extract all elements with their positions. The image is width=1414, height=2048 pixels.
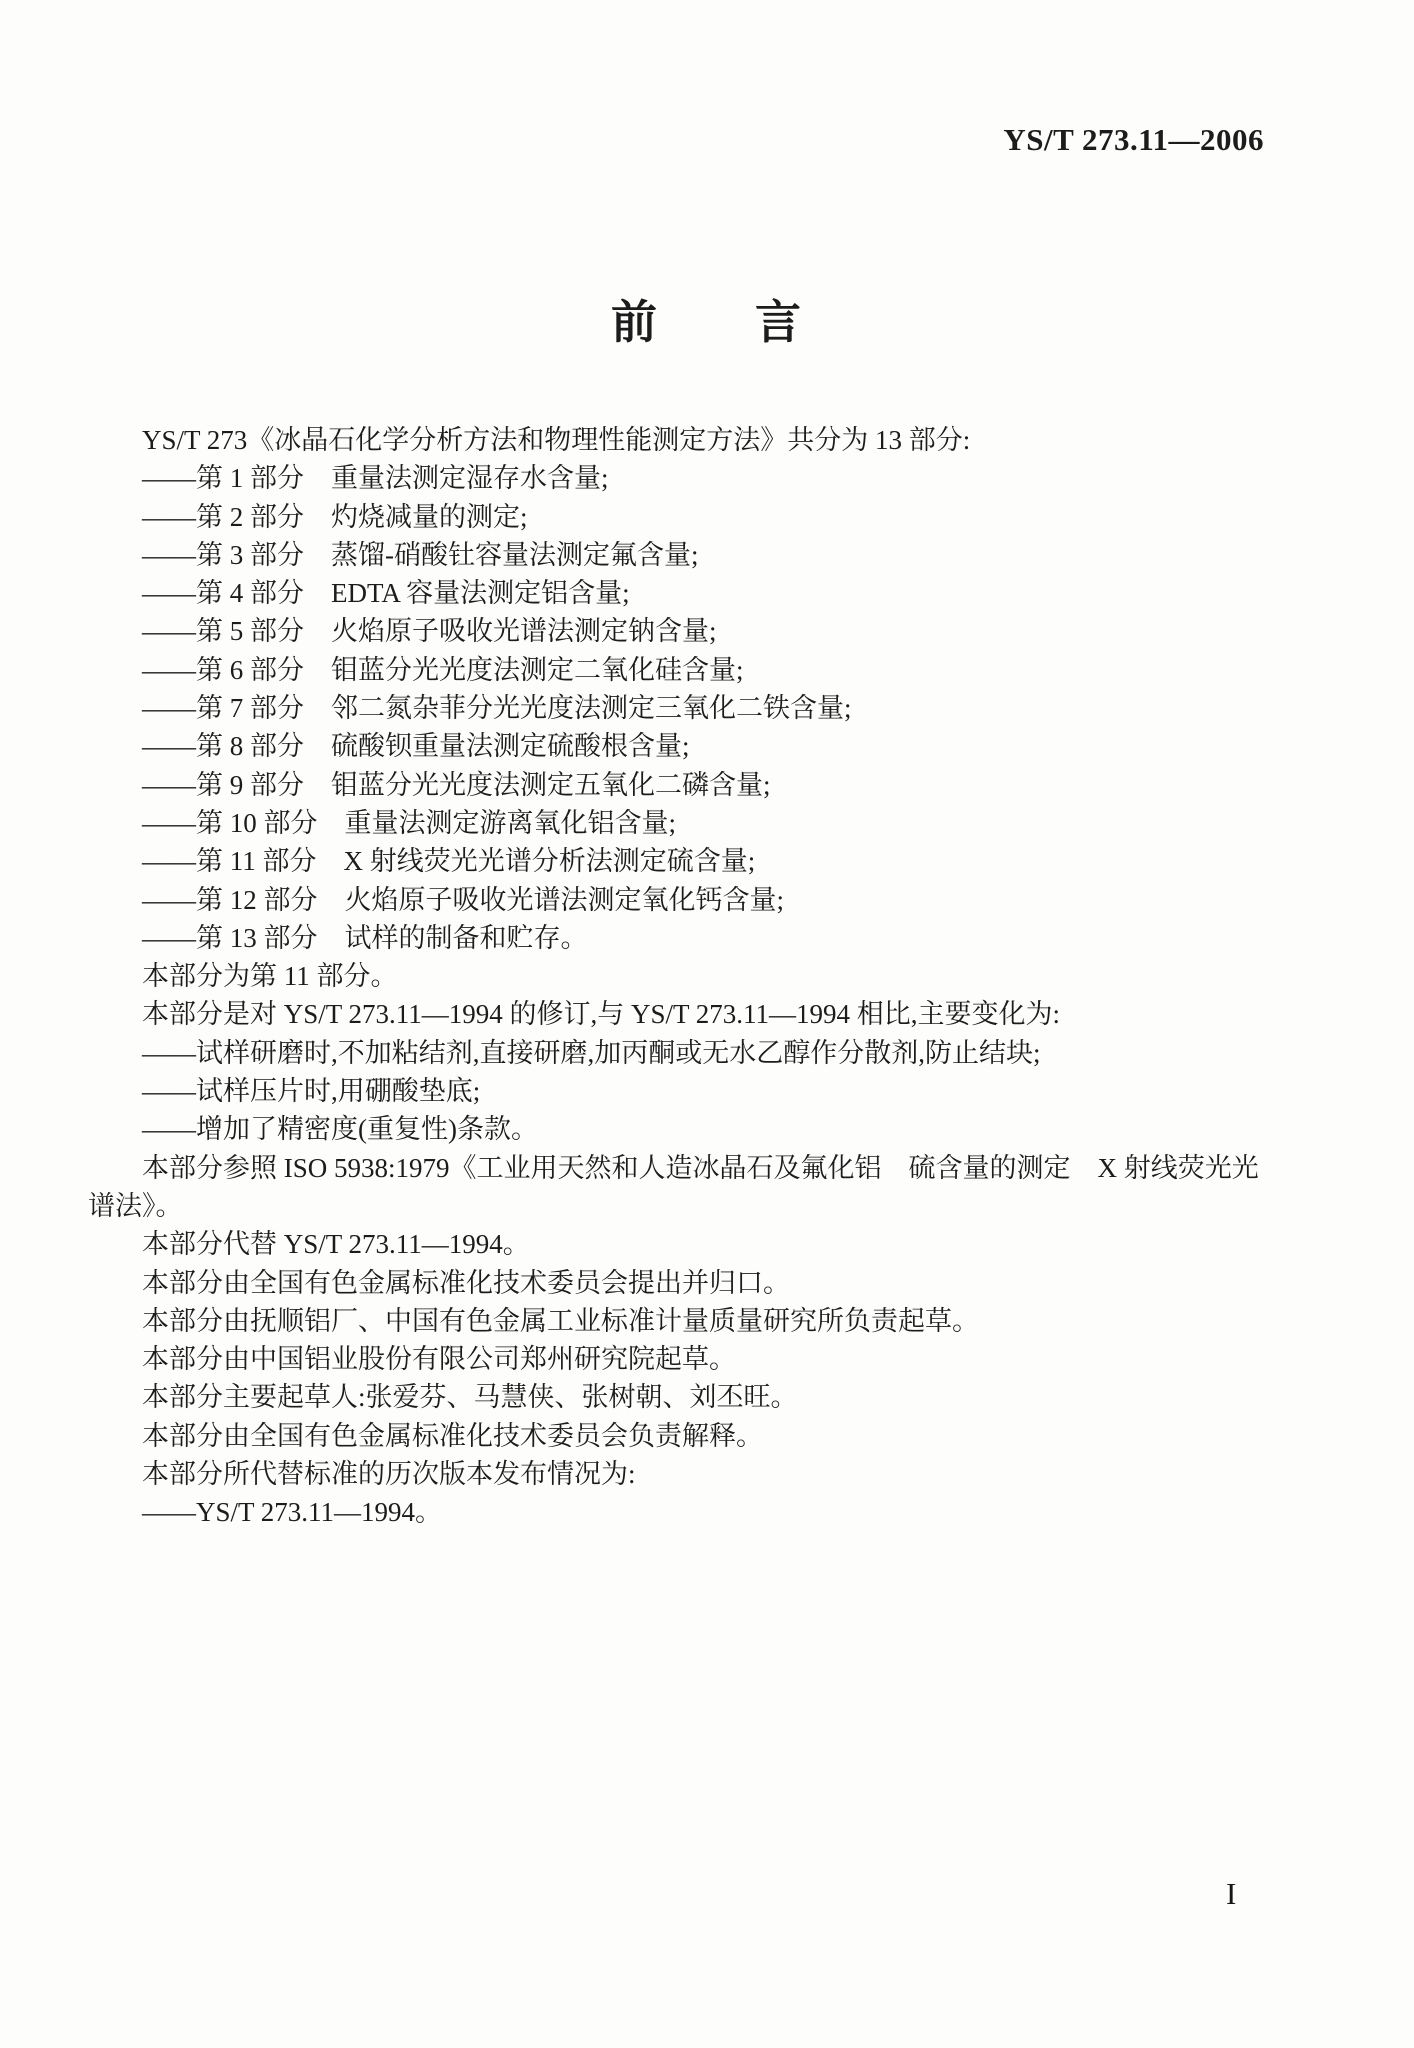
foreword-line: ——第 3 部分 蒸馏-硝酸钍容量法测定氟含量; xyxy=(88,536,1338,574)
foreword-line: 本部分是对 YS/T 273.11—1994 的修订,与 YS/T 273.11… xyxy=(88,995,1338,1033)
standard-code-header: YS/T 273.11—2006 xyxy=(1003,122,1264,158)
foreword-line: ——第 7 部分 邻二氮杂菲分光光度法测定三氧化二铁含量; xyxy=(88,689,1338,727)
foreword-title: 前 言 xyxy=(0,286,1414,352)
foreword-line: ——增加了精密度(重复性)条款。 xyxy=(88,1110,1338,1148)
page-number: I xyxy=(1226,1876,1236,1912)
foreword-line: ——YS/T 273.11—1994。 xyxy=(88,1493,1338,1531)
foreword-line: 本部分参照 ISO 5938:1979《工业用天然和人造冰晶石及氟化铝 硫含量的… xyxy=(88,1149,1338,1187)
foreword-line: 谱法》。 xyxy=(88,1187,1338,1225)
foreword-line: YS/T 273《冰晶石化学分析方法和物理性能测定方法》共分为 13 部分: xyxy=(88,421,1338,459)
foreword-line: 本部分由全国有色金属标准化技术委员会提出并归口。 xyxy=(88,1264,1338,1302)
foreword-line: 本部分为第 11 部分。 xyxy=(88,957,1338,995)
foreword-line: 本部分由全国有色金属标准化技术委员会负责解释。 xyxy=(88,1417,1338,1455)
foreword-line: ——第 2 部分 灼烧减量的测定; xyxy=(88,498,1338,536)
foreword-line: ——第 11 部分 X 射线荧光光谱分析法测定硫含量; xyxy=(88,842,1338,880)
foreword-line: ——第 4 部分 EDTA 容量法测定铝含量; xyxy=(88,574,1338,612)
foreword-line: ——试样研磨时,不加粘结剂,直接研磨,加丙酮或无水乙醇作分散剂,防止结块; xyxy=(88,1034,1338,1072)
foreword-line: 本部分代替 YS/T 273.11—1994。 xyxy=(88,1225,1338,1263)
foreword-line: ——第 6 部分 钼蓝分光光度法测定二氧化硅含量; xyxy=(88,651,1338,689)
foreword-line: ——第 12 部分 火焰原子吸收光谱法测定氧化钙含量; xyxy=(88,881,1338,919)
foreword-line: ——第 5 部分 火焰原子吸收光谱法测定钠含量; xyxy=(88,612,1338,650)
foreword-line: ——第 13 部分 试样的制备和贮存。 xyxy=(88,919,1338,957)
foreword-line: ——第 1 部分 重量法测定湿存水含量; xyxy=(88,459,1338,497)
foreword-body: YS/T 273《冰晶石化学分析方法和物理性能测定方法》共分为 13 部分: —… xyxy=(88,421,1338,1532)
foreword-line: 本部分由抚顺铝厂、中国有色金属工业标准计量质量研究所负责起草。 xyxy=(88,1302,1338,1340)
foreword-line: ——第 10 部分 重量法测定游离氧化铝含量; xyxy=(88,804,1338,842)
foreword-line: 本部分主要起草人:张爱芬、马慧侠、张树朝、刘丕旺。 xyxy=(88,1378,1338,1416)
foreword-line: 本部分由中国铝业股份有限公司郑州研究院起草。 xyxy=(88,1340,1338,1378)
foreword-line: ——第 8 部分 硫酸钡重量法测定硫酸根含量; xyxy=(88,727,1338,765)
foreword-line: 本部分所代替标准的历次版本发布情况为: xyxy=(88,1455,1338,1493)
foreword-line: ——第 9 部分 钼蓝分光光度法测定五氧化二磷含量; xyxy=(88,766,1338,804)
document-page: YS/T 273.11—2006 前 言 YS/T 273《冰晶石化学分析方法和… xyxy=(0,0,1414,2048)
foreword-line: ——试样压片时,用硼酸垫底; xyxy=(88,1072,1338,1110)
